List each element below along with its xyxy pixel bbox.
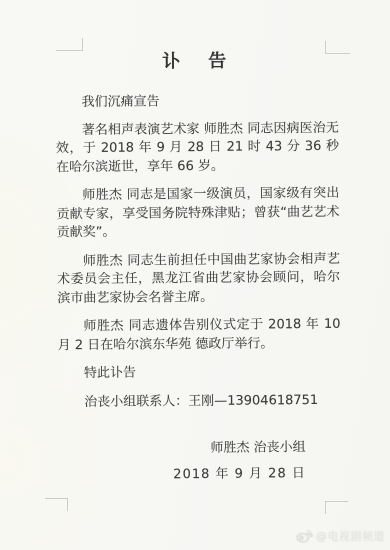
closing-line: 特此讣告 [58, 363, 341, 384]
document-title: 讣 告 [55, 46, 338, 74]
paragraph-death-notice: 著名相声表演艺术家 师胜杰 同志因病医治无效，于 2018 年 9 月 28 日… [56, 119, 339, 177]
watermark-label: @电视剧频道 [316, 528, 385, 544]
weibo-watermark: @电视剧频道 [296, 528, 385, 544]
paragraph-positions: 师胜杰 同志生前担任中国曲艺家协会相声艺术委员会主任，黑龙江省曲艺家协会顾问，哈… [57, 250, 340, 308]
signature-group: 师胜杰 治丧小组 [59, 439, 306, 459]
contact-line: 治丧小组联系人：王刚—13904618751 [58, 391, 341, 412]
obituary-document-photo: 讣 告 我们沉痛宣告 著名相声表演艺术家 师胜杰 同志因病医治无效，于 2018… [0, 0, 390, 550]
crop-mark-bottom-left [45, 498, 68, 511]
document-body: 讣 告 我们沉痛宣告 著名相声表演艺术家 师胜杰 同志因病医治无效，于 2018… [55, 46, 342, 485]
intro-line: 我们沉痛宣告 [56, 92, 339, 113]
weibo-logo-icon [296, 529, 313, 543]
paragraph-farewell-ceremony: 师胜杰 同志遗体告别仪式定于 2018 年 10 月 2 日在哈尔滨东华苑 德政… [57, 316, 340, 355]
crop-mark-bottom-right [325, 501, 348, 514]
paragraph-honors: 师胜杰 同志是国家一级演员，国家级有突出贡献专家，享受国务院特殊津贴；曾获“曲艺… [56, 185, 339, 243]
signature-block: 师胜杰 治丧小组 2018 年 9 月 28 日 [59, 439, 342, 485]
signature-date: 2018 年 9 月 28 日 [59, 465, 306, 485]
